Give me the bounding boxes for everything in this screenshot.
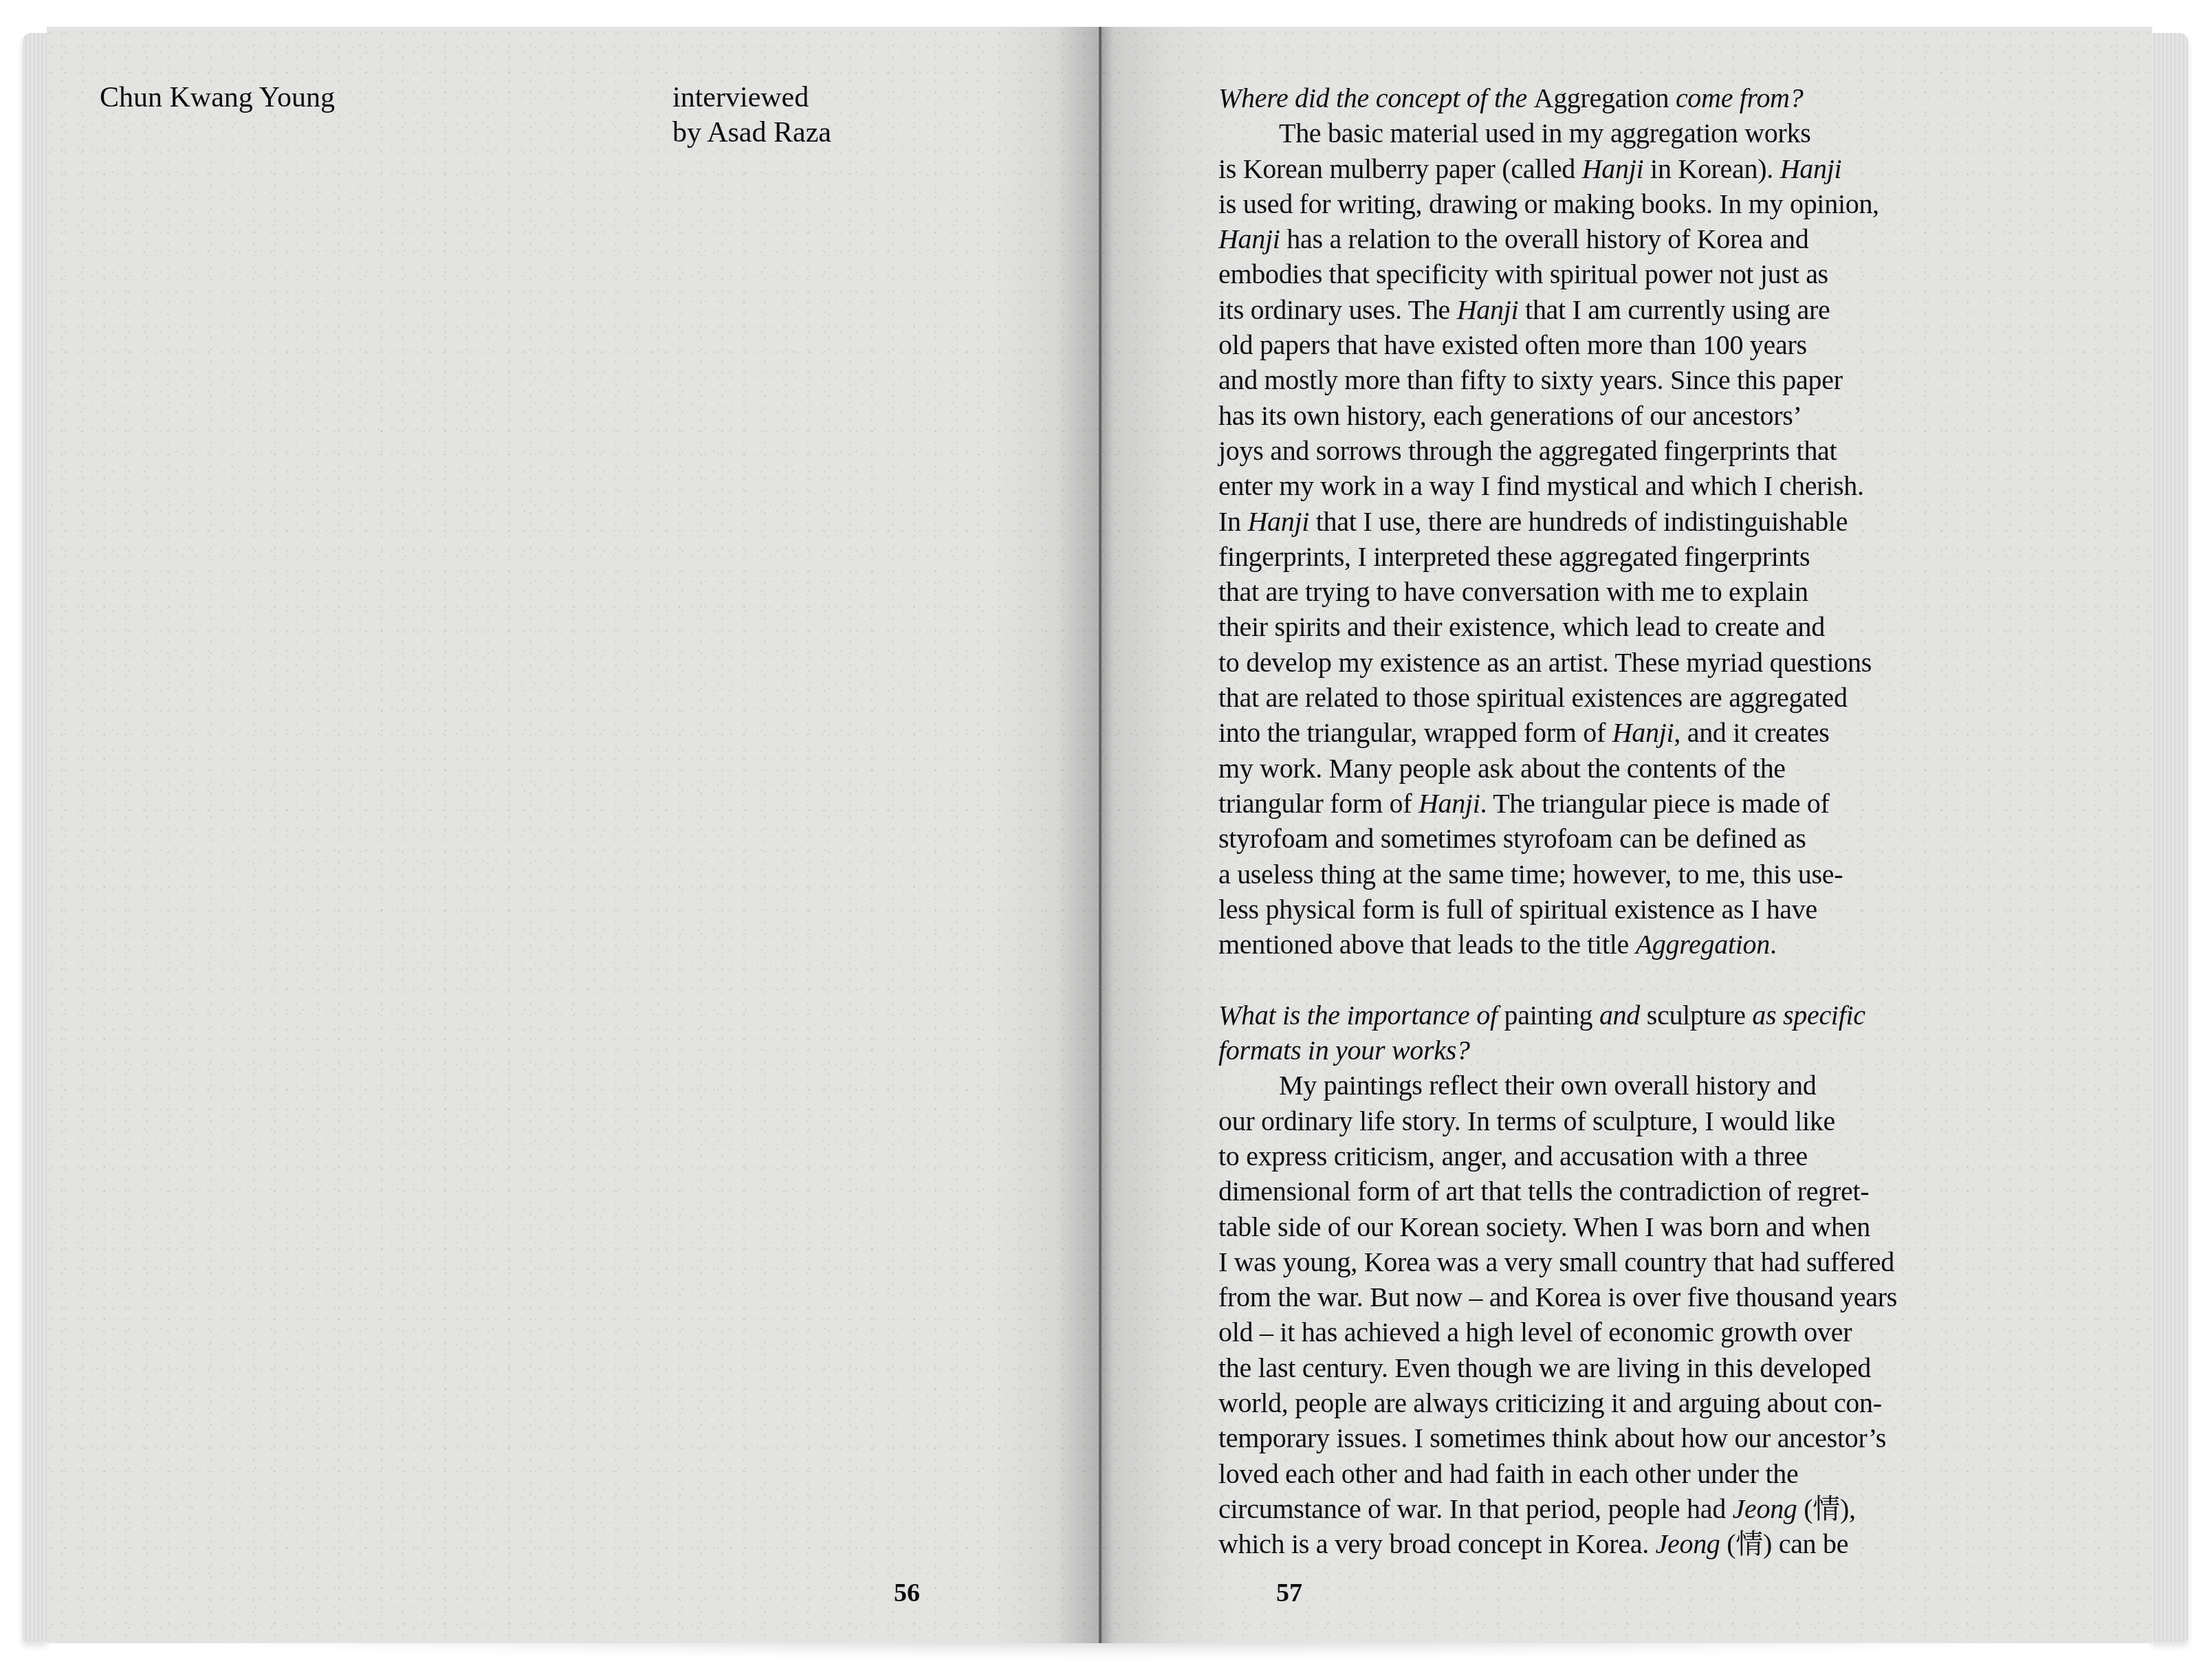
- answer-line: its ordinary uses. The Hanji that I am c…: [1218, 292, 2112, 327]
- text: painting: [1504, 1000, 1592, 1031]
- text: the last century. Even though we are liv…: [1218, 1352, 1871, 1383]
- answer-line: into the triangular, wrapped form of Han…: [1218, 715, 2112, 750]
- text: less physical form is full of spiritual …: [1218, 894, 1817, 925]
- italic-text: and: [1592, 1000, 1647, 1031]
- text: that are trying to have conversation wit…: [1218, 576, 1808, 607]
- italic-text: formats in your works?: [1218, 1035, 1470, 1066]
- answer-line: enter my work in a way I find mystical a…: [1218, 468, 2112, 503]
- text: enter my work in a way I find mystical a…: [1218, 470, 1864, 501]
- text: that are related to those spiritual exis…: [1218, 682, 1848, 713]
- answer-line: our ordinary life story. In terms of scu…: [1218, 1103, 2112, 1139]
- italic-text: Hanji: [1582, 153, 1644, 184]
- text: a useless thing at the same time; howeve…: [1218, 859, 1843, 890]
- answer-line: my work. Many people ask about the conte…: [1218, 751, 2112, 786]
- question-line: Where did the concept of the Aggregation…: [1218, 80, 2112, 116]
- italic-text: Hanji: [1218, 223, 1280, 254]
- text: is used for writing, drawing or making b…: [1218, 188, 1879, 219]
- text: temporary issues. I sometimes think abou…: [1218, 1422, 1886, 1453]
- answer-line: to express criticism, anger, and accusat…: [1218, 1139, 2112, 1174]
- answer-line: world, people are always criticizing it …: [1218, 1385, 2112, 1420]
- text: old – it has achieved a high level of ec…: [1218, 1317, 1852, 1348]
- text: has its own history, each generations of…: [1218, 400, 1802, 431]
- italic-text: as specific: [1746, 1000, 1865, 1031]
- answer-line: their spirits and their existence, which…: [1218, 609, 2112, 644]
- text: joys and sorrows through the aggregated …: [1218, 435, 1837, 466]
- answer-line: mentioned above that leads to the title …: [1218, 927, 2112, 962]
- author-name: Chun Kwang Young: [100, 80, 335, 116]
- answer-line: dimensional form of art that tells the c…: [1218, 1174, 2112, 1209]
- text: and mostly more than fifty to sixty year…: [1218, 364, 1843, 395]
- answer-line: loved each other and had faith in each o…: [1218, 1456, 2112, 1491]
- answer-line: The basic material used in my aggregatio…: [1218, 116, 2112, 151]
- answer-line: and mostly more than fifty to sixty year…: [1218, 362, 2112, 397]
- answer-line: fingerprints, I interpreted these aggreg…: [1218, 539, 2112, 574]
- text: , and it creates: [1674, 717, 1829, 748]
- answer-line: a useless thing at the same time; howeve…: [1218, 857, 2112, 892]
- italic-text: come from?: [1669, 83, 1803, 113]
- text: sculpture: [1647, 1000, 1746, 1031]
- answer-line: from the war. But now – and Korea is ove…: [1218, 1279, 2112, 1315]
- interview-text-column: Where did the concept of the Aggregation…: [1218, 80, 2112, 1561]
- text: dimensional form of art that tells the c…: [1218, 1176, 1869, 1207]
- answer-line: the last century. Even though we are liv…: [1218, 1350, 2112, 1385]
- answer-line: is Korean mulberry paper (called Hanji i…: [1218, 151, 2112, 186]
- text: (情),: [1797, 1493, 1856, 1524]
- text: triangular form of: [1218, 788, 1419, 819]
- answer-line: In Hanji that I use, there are hundreds …: [1218, 504, 2112, 539]
- answer-line: is used for writing, drawing or making b…: [1218, 186, 2112, 221]
- italic-text: Hanji: [1457, 294, 1519, 325]
- answer-line: triangular form of Hanji. The triangular…: [1218, 786, 2112, 821]
- text: is Korean mulberry paper (called: [1218, 153, 1582, 184]
- left-page: [47, 27, 1100, 1643]
- italic-text: Where did the concept of the: [1218, 83, 1534, 113]
- page-number-left: 56: [894, 1576, 920, 1611]
- italic-text: Hanji: [1612, 717, 1674, 748]
- left-page-stack-edge: [23, 33, 47, 1642]
- text: our ordinary life story. In terms of scu…: [1218, 1106, 1835, 1136]
- text: their spirits and their existence, which…: [1218, 611, 1825, 642]
- book-gutter: [1099, 27, 1102, 1643]
- answer-line: that are related to those spiritual exis…: [1218, 680, 2112, 715]
- text: The basic material used in my aggregatio…: [1279, 118, 1810, 149]
- credit-line-1: interviewed: [672, 80, 831, 116]
- answer-line: temporary issues. I sometimes think abou…: [1218, 1420, 2112, 1455]
- text: into the triangular, wrapped form of: [1218, 717, 1612, 748]
- paragraph-break: [1218, 962, 2112, 997]
- text: has a relation to the overall history of…: [1280, 223, 1809, 254]
- answer-line: circumstance of war. In that period, peo…: [1218, 1491, 2112, 1526]
- text: in Korean).: [1643, 153, 1780, 184]
- question-line: formats in your works?: [1218, 1033, 2112, 1068]
- answer-line: has its own history, each generations of…: [1218, 398, 2112, 433]
- text: loved each other and had faith in each o…: [1218, 1458, 1798, 1489]
- text: to develop my existence as an artist. Th…: [1218, 647, 1872, 678]
- answer-line: old – it has achieved a high level of ec…: [1218, 1315, 2112, 1350]
- text: that I am currently using are: [1518, 294, 1830, 325]
- answer-line: which is a very broad concept in Korea. …: [1218, 1526, 2112, 1561]
- italic-text: Hanji: [1780, 153, 1842, 184]
- text: embodies that specificity with spiritual…: [1218, 259, 1828, 289]
- text: circumstance of war. In that period, peo…: [1218, 1493, 1733, 1524]
- answer-line: that are trying to have conversation wit…: [1218, 574, 2112, 609]
- text: styrofoam and sometimes styrofoam can be…: [1218, 823, 1806, 854]
- text: .: [1770, 929, 1777, 960]
- answer-line: My paintings reflect their own overall h…: [1218, 1068, 2112, 1103]
- italic-text: Aggregation: [1636, 929, 1770, 960]
- text: mentioned above that leads to the title: [1218, 929, 1636, 960]
- text: In: [1218, 506, 1247, 537]
- text: fingerprints, I interpreted these aggreg…: [1218, 541, 1810, 572]
- text: I was young, Korea was a very small coun…: [1218, 1246, 1894, 1277]
- italic-text: What is the importance of: [1218, 1000, 1504, 1031]
- text: My paintings reflect their own overall h…: [1279, 1070, 1816, 1101]
- italic-text: Jeong: [1656, 1528, 1720, 1559]
- text: . The triangular piece is made of: [1480, 788, 1830, 819]
- answer-line: styrofoam and sometimes styrofoam can be…: [1218, 821, 2112, 856]
- text: table side of our Korean society. When I…: [1218, 1211, 1870, 1242]
- text: world, people are always criticizing it …: [1218, 1387, 1882, 1418]
- text: my work. Many people ask about the conte…: [1218, 753, 1786, 784]
- question-line: What is the importance of painting and s…: [1218, 998, 2112, 1033]
- text: old papers that have existed often more …: [1218, 329, 1807, 360]
- credit-line-2: by Asad Raza: [672, 116, 831, 151]
- right-page-stack-edge: [2151, 33, 2188, 1642]
- text: from the war. But now – and Korea is ove…: [1218, 1282, 1897, 1312]
- page-number-right: 57: [1276, 1576, 1302, 1611]
- answer-line: less physical form is full of spiritual …: [1218, 892, 2112, 927]
- answer-line: I was young, Korea was a very small coun…: [1218, 1244, 2112, 1279]
- italic-text: Hanji: [1419, 788, 1480, 819]
- text: its ordinary uses. The: [1218, 294, 1457, 325]
- interview-credit: interviewed by Asad Raza: [672, 80, 831, 151]
- answer-line: table side of our Korean society. When I…: [1218, 1209, 2112, 1244]
- text: to express criticism, anger, and accusat…: [1218, 1141, 1808, 1172]
- italic-text: Jeong: [1733, 1493, 1797, 1524]
- answer-line: to develop my existence as an artist. Th…: [1218, 645, 2112, 680]
- answer-line: old papers that have existed often more …: [1218, 327, 2112, 362]
- text: Aggregation: [1534, 83, 1669, 113]
- answer-line: joys and sorrows through the aggregated …: [1218, 433, 2112, 468]
- answer-line: Hanji has a relation to the overall hist…: [1218, 221, 2112, 256]
- answer-line: embodies that specificity with spiritual…: [1218, 256, 2112, 292]
- italic-text: Hanji: [1247, 506, 1309, 537]
- text: that I use, there are hundreds of indist…: [1309, 506, 1848, 537]
- text: which is a very broad concept in Korea.: [1218, 1528, 1656, 1559]
- text: (情) can be: [1720, 1528, 1849, 1559]
